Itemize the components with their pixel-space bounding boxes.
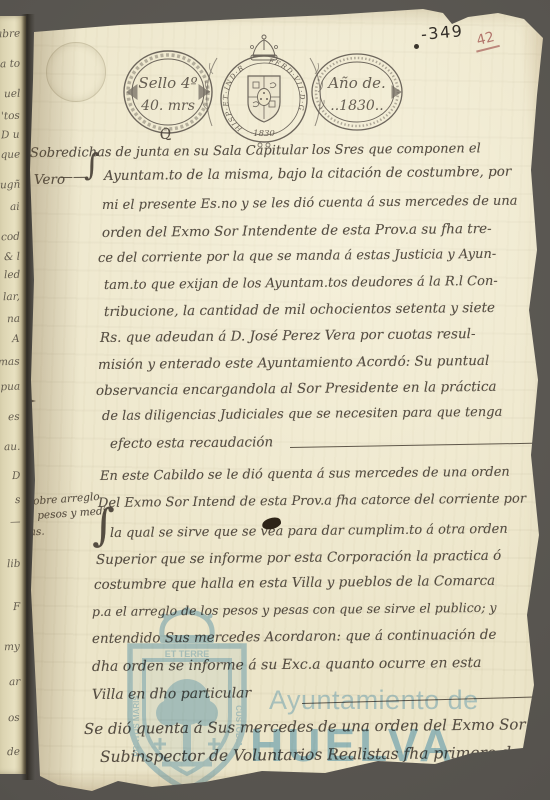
page-fragment: os [8,712,20,724]
page-fragment: lar, [3,291,20,304]
manuscript-line: Del Exmo Sor Intend de esta Prov.a fha c… [98,492,526,511]
manuscript-line: Ayuntam.to de la misma, bajo la citación… [104,164,511,184]
page-fragment: abre [0,28,20,41]
manuscript-line: —— [60,170,86,185]
manuscript-line: misión y enterado este Ayuntamiento Acor… [98,353,489,373]
manuscript-line: entendido Sus mercedes Acordaron: que á … [92,627,497,647]
manuscript-line: la qual se sirve que se vea para dar cum… [110,522,508,541]
page-fragment: a que [0,148,20,161]
manuscript-line: efecto esta recaudación [110,434,273,452]
page-fragment: au. [3,441,20,454]
manuscript-line: orden del Exmo Sor Intendente de esta Pr… [102,221,492,241]
page-fragment: A [12,333,20,345]
page-fragment: spua [0,381,20,394]
manuscript-line: costumbre que halla en esta Villa y pueb… [94,573,495,593]
manuscript-line: mi el presente Es.no y se les dió cuenta… [102,194,518,213]
page-fragment: ai [10,201,20,213]
manuscript-line: tam.to que exijan de los Ayuntam.tos deu… [104,274,498,293]
page-fragment: & l [4,251,20,264]
document-page: Sello 4º 40. mrs [0,0,550,800]
manuscript-layer: Sobredichas de junta en su Sala Capitula… [0,0,550,800]
manuscript-line: Villa en dho particular [92,685,251,703]
page-fragment: es [8,411,20,423]
manuscript-line: Superior que se informe por esta Corpora… [96,548,501,568]
manuscript-line: Se dió quenta á Sus mercedes de una orde… [84,715,526,738]
page-fragment: ugñ [0,179,20,192]
page-fragment: de [7,746,20,758]
manuscript-line: observancia encargandola al Sor Presiden… [96,379,497,399]
manuscript-line: p.a el arreglo de los pesos y pesas con … [92,600,497,619]
page-fragment: a to [0,58,20,71]
page-fragment: mas [0,356,20,369]
manuscript-line: Q [158,125,173,143]
manuscript-line: tribucione, la cantidad de mil ochocient… [104,300,495,320]
manuscript-line: ce del corriente por la que se manda á e… [98,247,496,266]
page-fragment: cod [1,231,20,244]
page-fragment: na [7,313,20,325]
manuscript-line: Rs. que adeudan á D. José Perez Vera por… [100,326,476,346]
page-fragment: D u [1,129,20,142]
manuscript-line: ∫ [84,148,100,183]
manuscript-line: de las diligencias Judiciales que se nec… [102,405,502,424]
scanned-manuscript-scene: abrea touel'tosD ua queugñaicod& lledlar… [0,0,550,800]
manuscript-line: En este Cabildo se le dió quenta á sus m… [100,465,510,484]
page-fragment: F [12,601,20,613]
page-fragment: my [4,641,20,654]
page-fragment: — [9,516,20,528]
page-fragment: uel [3,88,20,101]
page-fragment: lib [6,558,20,570]
page-fragment: s [14,494,20,506]
page-fragment: D [11,470,20,482]
page-fragment: ar [9,676,21,688]
page-fragment: led [3,269,20,282]
manuscript-line: dha orden se informe á su Exc.a quanto o… [92,655,482,675]
page-fragment: 'tos [1,110,20,123]
manuscript-line: Subinspector de Voluntarios Realistas fh… [100,744,520,766]
left-page-fragments: abrea touel'tosD ua queugñaicod& lledlar… [0,0,22,800]
